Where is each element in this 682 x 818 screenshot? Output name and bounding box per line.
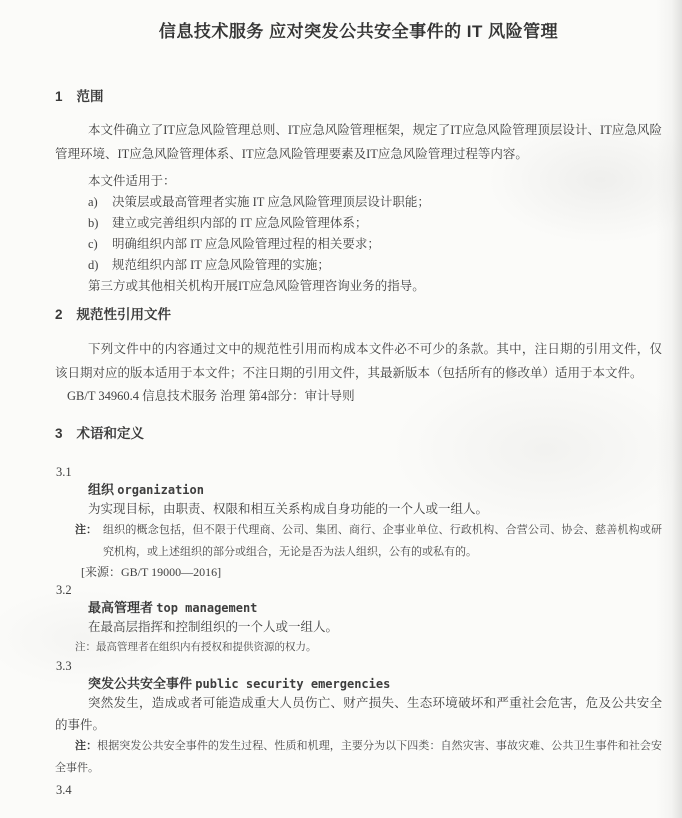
section-1-paragraph: 本文件确立了IT应急风险管理总则、IT应急风险管理框架，规定了IT应急风险管理顶…	[55, 119, 662, 166]
list-item-a: a)决策层或最高管理者实施 IT 应急风险管理顶层设计职能；	[55, 192, 662, 213]
term-3-2-number: 3.2	[55, 581, 662, 599]
note-text: 组织的概念包括，但不限于代理商、公司、集团、商行、企事业单位、行政机构、合营公司…	[103, 524, 662, 558]
document-page: 信息技术服务 应对突发公共安全事件的 IT 风险管理 1范围 本文件确立了IT应…	[0, 0, 682, 818]
term-3-1-source: [来源：GB/T 19000—2016]	[55, 563, 662, 581]
section-1-title: 范围	[77, 89, 104, 104]
list-text-d: 规范组织内部 IT 应急风险管理的实施；	[112, 258, 330, 272]
normative-reference: GB/T 34960.4 信息技术服务 治理 第4部分：审计导则	[55, 385, 662, 407]
section-2-title: 规范性引用文件	[77, 307, 172, 322]
term-3-3-number: 3.3	[55, 657, 662, 675]
note-label: 注：	[75, 740, 97, 752]
section-2-heading: 2规范性引用文件	[55, 306, 662, 324]
section-3-number: 3	[55, 426, 63, 441]
term-3-2-english: top management	[156, 601, 257, 615]
section-1-heading: 1范围	[55, 88, 662, 106]
list-text-b: 建立或完善组织内部的 IT 应急风险管理体系；	[112, 216, 367, 230]
list-item-d: d)规范组织内部 IT 应急风险管理的实施；	[55, 255, 662, 276]
term-3-1-number: 3.1	[55, 463, 662, 481]
list-item-b: b)建立或完善组织内部的 IT 应急风险管理体系；	[55, 213, 662, 234]
list-text-a: 决策层或最高管理者实施 IT 应急风险管理顶层设计职能；	[112, 195, 430, 209]
list-marker-b: b)	[88, 213, 112, 234]
section-2-number: 2	[55, 307, 63, 322]
term-3-2-note: 注：最高管理者在组织内有授权和提供资源的权力。	[55, 638, 662, 657]
section-1-applies-intro: 本文件适用于：	[55, 171, 662, 192]
list-marker-c: c)	[88, 234, 112, 255]
term-3-3-title: 突发公共安全事件 public security emergencies	[55, 675, 662, 693]
note-label: 注：	[75, 642, 96, 653]
note-label: 注：	[75, 520, 97, 542]
term-3-2-chinese: 最高管理者	[88, 600, 153, 615]
term-3-3-chinese: 突发公共安全事件	[88, 676, 192, 691]
section-1-number: 1	[55, 89, 63, 104]
section-3-title: 术语和定义	[77, 426, 145, 441]
section-1-tail: 第三方或其他相关机构开展IT应急风险管理咨询业务的指导。	[55, 276, 662, 297]
term-3-4-number: 3.4	[55, 781, 662, 799]
term-3-1-title: 组织 organization	[55, 481, 662, 499]
term-3-3-definition: 突然发生，造成或者可能造成重大人员伤亡、财产损失、生态环境破坏和严重社会危害，危…	[55, 693, 662, 736]
list-marker-d: d)	[88, 255, 112, 276]
document-title: 信息技术服务 应对突发公共安全事件的 IT 风险管理	[55, 20, 662, 44]
term-3-3-note: 注：根据突发公共安全事件的发生过程、性质和机理，主要分为以下四类：自然灾害、事故…	[55, 736, 662, 779]
section-3-heading: 3术语和定义	[55, 425, 662, 443]
note-text: 最高管理者在组织内有授权和提供资源的权力。	[96, 642, 317, 653]
term-3-1-chinese: 组织	[88, 482, 114, 497]
list-marker-a: a)	[88, 192, 112, 213]
note-text: 根据突发公共安全事件的发生过程、性质和机理，主要分为以下四类：自然灾害、事故灾难…	[55, 740, 662, 774]
term-3-1-english: organization	[117, 483, 204, 497]
term-3-2-definition: 在最高层指挥和控制组织的一个人或一组人。	[55, 617, 662, 638]
term-3-2-title: 最高管理者 top management	[55, 599, 662, 617]
term-3-1-note: 注：组织的概念包括，但不限于代理商、公司、集团、商行、企事业单位、行政机构、合营…	[55, 520, 662, 563]
section-2-paragraph: 下列文件中的内容通过文中的规范性引用而构成本文件必不可少的条款。其中，注日期的引…	[55, 338, 662, 385]
list-item-c: c)明确组织内部 IT 应急风险管理过程的相关要求；	[55, 234, 662, 255]
term-3-3-english: public security emergencies	[195, 677, 390, 691]
term-3-1-definition: 为实现目标，由职责、权限和相互关系构成自身功能的一个人或一组人。	[55, 499, 662, 520]
list-text-c: 明确组织内部 IT 应急风险管理过程的相关要求；	[112, 237, 380, 251]
